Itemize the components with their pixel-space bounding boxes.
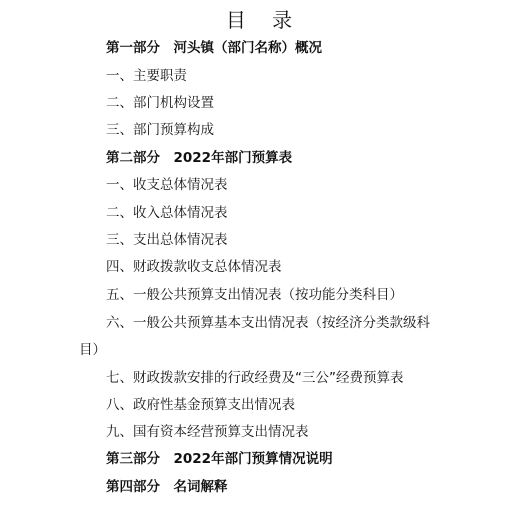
toc-title: 目 录	[0, 7, 518, 33]
toc-part-4[interactable]: 第四部分 名词解释	[106, 478, 228, 496]
toc-item-budget-composition[interactable]: 三、部门预算构成	[106, 121, 214, 139]
toc-item-table-6-wrap[interactable]: 目）	[79, 341, 106, 359]
toc-item-table-1[interactable]: 一、收支总体情况表	[106, 176, 228, 194]
toc-item-table-7[interactable]: 七、财政拨款安排的行政经费及“三公”经费预算表	[106, 369, 404, 387]
toc-item-table-9[interactable]: 九、国有资本经营预算支出情况表	[106, 423, 309, 441]
toc-item-org-setup[interactable]: 二、部门机构设置	[106, 94, 214, 112]
toc-item-table-3[interactable]: 三、支出总体情况表	[106, 231, 228, 249]
toc-part-2[interactable]: 第二部分 2022年部门预算表	[106, 149, 292, 167]
toc-item-main-duties[interactable]: 一、主要职责	[106, 67, 187, 85]
toc-item-table-5[interactable]: 五、一般公共预算支出情况表（按功能分类科目）	[106, 286, 403, 304]
toc-item-table-4[interactable]: 四、财政拨款收支总体情况表	[106, 258, 282, 276]
toc-item-table-6[interactable]: 六、一般公共预算基本支出情况表（按经济分类款级科	[106, 314, 430, 332]
toc-item-table-2[interactable]: 二、收入总体情况表	[106, 204, 228, 222]
toc-part-3[interactable]: 第三部分 2022年部门预算情况说明	[106, 450, 333, 468]
toc-item-table-8[interactable]: 八、政府性基金预算支出情况表	[106, 396, 295, 414]
toc-part-1[interactable]: 第一部分 河头镇（部门名称）概况	[106, 39, 322, 57]
